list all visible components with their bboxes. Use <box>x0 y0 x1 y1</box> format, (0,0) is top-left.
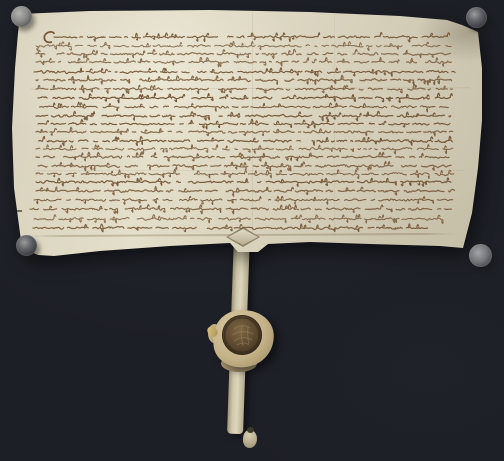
text-line <box>36 152 449 161</box>
text-line <box>36 75 452 84</box>
pin-bottom-right <box>469 244 492 267</box>
text-line <box>36 169 454 178</box>
engraving-line <box>234 338 252 341</box>
seal-engraving <box>222 315 262 355</box>
manuscript-text <box>0 0 504 461</box>
text-line <box>36 178 451 186</box>
text-line <box>36 49 450 58</box>
text-line <box>34 68 455 76</box>
pin-top-right <box>466 7 487 28</box>
seal-rim-ring <box>225 318 260 353</box>
text-line <box>34 215 447 224</box>
text-line <box>39 136 453 145</box>
text-line <box>36 187 454 197</box>
text-line <box>36 57 451 66</box>
engraving-line <box>232 332 253 335</box>
engraving-line <box>248 327 249 344</box>
text-line <box>36 111 451 120</box>
text-line <box>54 33 452 42</box>
photo-backdrop <box>0 0 504 461</box>
text-line <box>36 41 451 50</box>
text-line <box>36 127 453 135</box>
text-line <box>36 85 452 94</box>
pin-top-left <box>11 6 32 27</box>
text-line <box>38 162 451 171</box>
seal-impression <box>222 315 262 355</box>
parchment-wrap <box>0 0 504 461</box>
initial-letter <box>44 32 54 42</box>
text-line <box>38 119 450 129</box>
text-line <box>30 205 451 214</box>
text-line <box>38 93 452 103</box>
text-line <box>34 196 453 204</box>
pin-bottom-left <box>16 235 37 256</box>
parchment-sheet <box>0 0 504 461</box>
text-line <box>40 102 449 112</box>
text-line <box>33 224 431 232</box>
